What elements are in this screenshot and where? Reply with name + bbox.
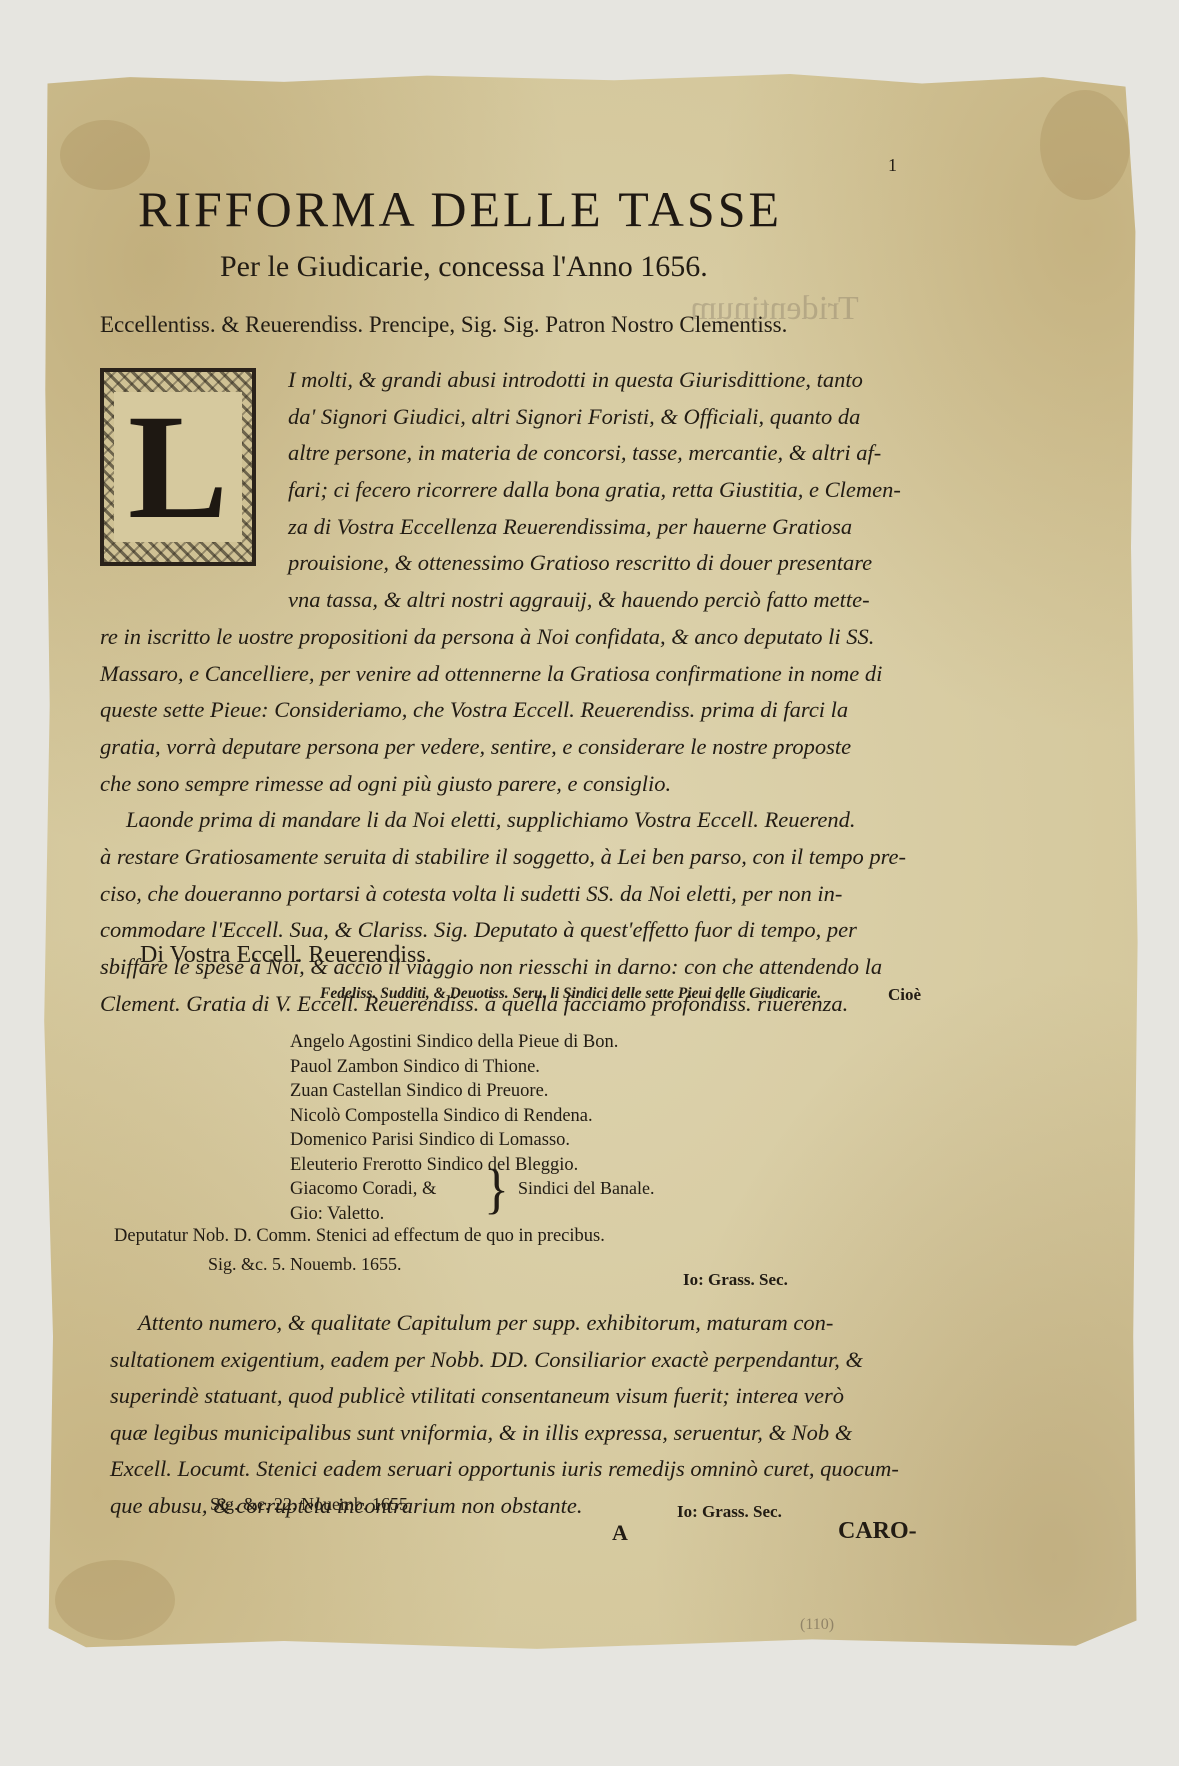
- petition-line: Laonde prima di mandare li da Noi eletti…: [100, 802, 860, 839]
- decree-2-text: Attento numero, & qualitate Capitulum pe…: [110, 1305, 890, 1524]
- corner-stamp: (110): [800, 1616, 834, 1634]
- petition-line: gratia, vorrà deputare persona per veder…: [100, 729, 860, 766]
- signer: Eleuterio Frerotto Sindico del Bleggio.: [290, 1153, 618, 1178]
- signer: Nicolò Compostella Sindico di Rendena.: [290, 1104, 618, 1129]
- document-title: RIFFORMA DELLE TASSE: [138, 180, 782, 238]
- decree-1-text: Deputatur Nob. D. Comm. Stenici ad effec…: [114, 1226, 605, 1247]
- decree-1-secretary: Io: Grass. Sec.: [683, 1270, 788, 1290]
- decree-line: sultationem exigentium, eadem per Nobb. …: [110, 1342, 890, 1379]
- decree-2-secretary: Io: Grass. Sec.: [677, 1502, 782, 1522]
- stain: [1040, 90, 1130, 200]
- petition-line: ciso, che doueranno portarsi à cotesta v…: [100, 876, 860, 913]
- petition-line: vna tassa, & altri nostri aggrauij, & ha…: [100, 582, 860, 619]
- signer: Gio: Valetto.: [290, 1202, 618, 1227]
- stain: [55, 1560, 175, 1640]
- petition-line: za di Vostra Eccellenza Reuerendissima, …: [100, 509, 860, 546]
- petition-line: à restare Gratiosamente seruita di stabi…: [100, 839, 860, 876]
- petition-line: fari; ci fecero ricorrere dalla bona gra…: [100, 472, 860, 509]
- catchword: CARO-: [838, 1518, 917, 1545]
- petition-line: prouisione, & ottenessimo Gratioso rescr…: [100, 545, 860, 582]
- petition-line: I molti, & grandi abusi introdotti in qu…: [100, 362, 860, 399]
- decree-line: quæ legibus municipalibus sunt vniformia…: [110, 1415, 890, 1452]
- petition-line: queste sette Pieue: Consideriamo, che Vo…: [100, 692, 860, 729]
- decree-line: Attento numero, & qualitate Capitulum pe…: [110, 1305, 890, 1342]
- document-subtitle: Per le Giudicarie, concessa l'Anno 1656.: [220, 250, 708, 284]
- petition-line: che sono sempre rimesse ad ogni più gius…: [100, 766, 860, 803]
- subscription: Fedeliss. Sudditi, & Deuotiss. Seru. li …: [320, 985, 821, 1003]
- brace-label: Sindici del Banale.: [518, 1178, 654, 1199]
- salutation: Eccellentiss. & Reuerendiss. Prencipe, S…: [100, 312, 787, 338]
- closing-formula: Di Vostra Eccell. Reuerendiss.: [140, 942, 432, 969]
- petition-line: Massaro, e Cancelliere, per venire ad ot…: [100, 656, 860, 693]
- decree-2-date: Sig. &c. 22. Nouemb. 1655.: [210, 1494, 413, 1515]
- cioe-label: Cioè: [888, 985, 921, 1005]
- petition-line: re in iscritto le uostre propositioni da…: [100, 619, 860, 656]
- brace-icon: }: [484, 1163, 509, 1218]
- stain: [60, 120, 150, 190]
- signer: Domenico Parisi Sindico di Lomasso.: [290, 1128, 618, 1153]
- decree-line: superindè statuant, quod publicè vtilita…: [110, 1378, 890, 1415]
- petition-line: altre persone, in materia de concorsi, t…: [100, 435, 860, 472]
- petition-text: I molti, & grandi abusi introdotti in qu…: [100, 362, 860, 1022]
- decree-line: Excell. Locumt. Stenici eadem seruari op…: [110, 1451, 890, 1488]
- signer: Angelo Agostini Sindico della Pieue di B…: [290, 1030, 618, 1055]
- signer: Zuan Castellan Sindico di Preuore.: [290, 1079, 618, 1104]
- page-number: 1: [888, 155, 897, 176]
- decree-1-date: Sig. &c. 5. Nouemb. 1655.: [208, 1254, 402, 1275]
- petition-line: da' Signori Giudici, altri Signori Foris…: [100, 399, 860, 436]
- signature-mark: A: [612, 1520, 628, 1546]
- signer: Pauol Zambon Sindico di Thione.: [290, 1055, 618, 1080]
